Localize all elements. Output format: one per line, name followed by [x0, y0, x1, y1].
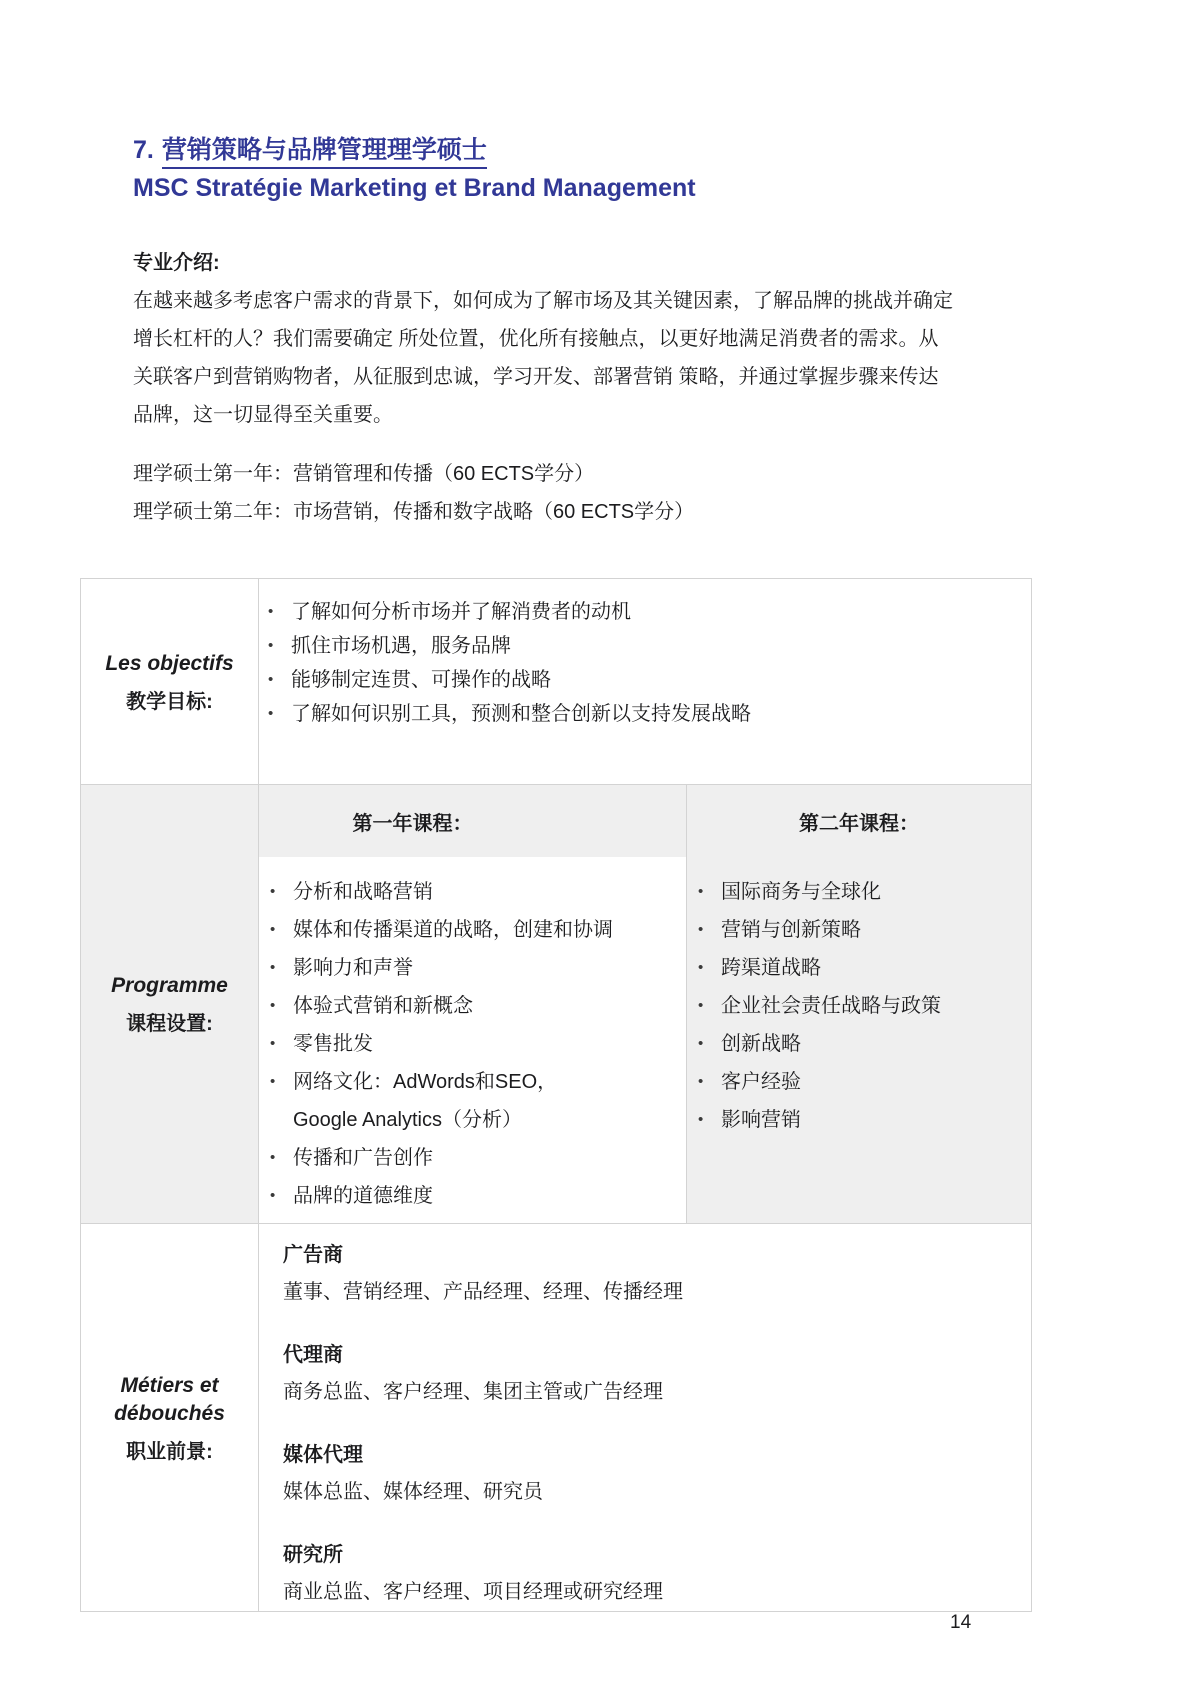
year1-course-item: 传播和广告创作 — [259, 1139, 686, 1177]
year2-course-list: 国际商务与全球化 营销与创新策略 跨渠道战略 企业社会责任战略与政策 创新战略 … — [687, 873, 1031, 1139]
career-group: 研究所 商业总监、客户经理、项目经理或研究经理 — [259, 1537, 1031, 1611]
objectives-label-zh: 教学目标: — [126, 685, 213, 714]
career-group-roles: 媒体总监、媒体经理、研究员 — [283, 1474, 1031, 1511]
programme-label-fr: Programme — [111, 972, 228, 1000]
career-group: 媒体代理 媒体总监、媒体经理、研究员 — [259, 1437, 1031, 1511]
year1-heading: 第一年课程： — [259, 785, 686, 857]
year2-course-item: 国际商务与全球化 — [687, 873, 1031, 911]
year1-course-item: 媒体和传播渠道的战略，创建和协调 — [259, 911, 686, 949]
year1-course-item: 分析和战略营销 — [259, 873, 686, 911]
career-group-roles: 商业总监、客户经理、项目经理或研究经理 — [283, 1574, 1031, 1611]
degree-line: 理学硕士第二年：市场营销，传播和数字战略（60 ECTS学分） — [133, 493, 694, 531]
objective-item: 了解如何分析市场并了解消费者的动机 — [259, 595, 1031, 629]
objectives-label-fr: Les objectifs — [105, 650, 233, 678]
career-group: 广告商 董事、营销经理、产品经理、经理、传播经理 — [259, 1237, 1031, 1311]
title-number: 7. — [133, 136, 154, 164]
year1-course-item: 零售批发 — [259, 1025, 686, 1063]
year2-course-item: 客户经验 — [687, 1063, 1031, 1101]
year1-column: 第一年课程： 分析和战略营销 媒体和传播渠道的战略，创建和协调 影响力和声誉 体… — [259, 785, 687, 1223]
year2-course-item: 企业社会责任战略与政策 — [687, 987, 1031, 1025]
career-group-title: 媒体代理 — [283, 1437, 1031, 1474]
career-group-roles: 商务总监、客户经理、集团主管或广告经理 — [283, 1374, 1031, 1411]
career-group-title: 代理商 — [283, 1337, 1031, 1374]
careers-label-zh: 职业前景: — [126, 1435, 213, 1464]
year2-course-item: 创新战略 — [687, 1025, 1031, 1063]
careers-label-fr-line2: débouchés — [114, 1400, 225, 1428]
careers-content-cell: 广告商 董事、营销经理、产品经理、经理、传播经理 代理商 商务总监、客户经理、集… — [259, 1224, 1031, 1611]
year1-course-item: 影响力和声誉 — [259, 949, 686, 987]
career-group-title: 广告商 — [283, 1237, 1031, 1274]
title-chinese: 营销策略与品牌管理理学硕士 — [162, 136, 487, 169]
objectives-list: 了解如何分析市场并了解消费者的动机 抓住市场机遇，服务品牌 能够制定连贯、可操作… — [259, 595, 1031, 731]
programme-label-zh: 课程设置: — [126, 1007, 213, 1036]
year1-course-item: 体验式营销和新概念 — [259, 987, 686, 1025]
careers-row: Métiers et débouchés 职业前景: 广告商 董事、营销经理、产… — [81, 1224, 1031, 1611]
year1-course-item: 品牌的道德维度 — [259, 1177, 686, 1215]
career-group-roles: 董事、营销经理、产品经理、经理、传播经理 — [283, 1274, 1031, 1311]
programme-label-cell: Programme 课程设置: — [81, 785, 259, 1223]
objective-item: 抓住市场机遇，服务品牌 — [259, 629, 1031, 663]
intro-paragraph: 在越来越多考虑客户需求的背景下，如何成为了解市场及其关键因素，了解品牌的挑战并确… — [133, 282, 1063, 434]
intro-heading: 专业介绍: — [133, 246, 220, 275]
intro-line: 在越来越多考虑客户需求的背景下，如何成为了解市场及其关键因素，了解品牌的挑战并确… — [133, 282, 1063, 320]
page-number: 14 — [950, 1612, 971, 1634]
programme-row: Programme 课程设置: 第一年课程： 分析和战略营销 媒体和传播渠道的战… — [81, 785, 1031, 1224]
programme-columns: 第一年课程： 分析和战略营销 媒体和传播渠道的战略，创建和协调 影响力和声誉 体… — [259, 785, 1031, 1223]
career-group-title: 研究所 — [283, 1537, 1031, 1574]
year1-course-list: 分析和战略营销 媒体和传播渠道的战略，创建和协调 影响力和声誉 体验式营销和新概… — [259, 873, 686, 1215]
year2-column: 第二年课程： 国际商务与全球化 营销与创新策略 跨渠道战略 企业社会责任战略与政… — [687, 785, 1031, 1223]
year2-course-item: 影响营销 — [687, 1101, 1031, 1139]
objectives-content-cell: 了解如何分析市场并了解消费者的动机 抓住市场机遇，服务品牌 能够制定连贯、可操作… — [259, 579, 1031, 784]
career-group: 代理商 商务总监、客户经理、集团主管或广告经理 — [259, 1337, 1031, 1411]
page-subtitle: MSC Stratégie Marketing et Brand Managem… — [133, 174, 696, 203]
year2-course-item: 跨渠道战略 — [687, 949, 1031, 987]
objectives-row: Les objectifs 教学目标: 了解如何分析市场并了解消费者的动机 抓住… — [81, 579, 1031, 785]
year1-course-item: 网络文化：AdWords和SEO， Google Analytics（分析） — [259, 1063, 686, 1139]
program-table: Les objectifs 教学目标: 了解如何分析市场并了解消费者的动机 抓住… — [80, 578, 1032, 1612]
intro-line: 品牌，这一切显得至关重要。 — [133, 396, 1063, 434]
objective-item: 了解如何识别工具，预测和整合创新以支持发展战略 — [259, 697, 1031, 731]
degree-summary: 理学硕士第一年：营销管理和传播（60 ECTS学分） 理学硕士第二年：市场营销，… — [133, 455, 694, 531]
year2-course-item: 营销与创新策略 — [687, 911, 1031, 949]
degree-line: 理学硕士第一年：营销管理和传播（60 ECTS学分） — [133, 455, 694, 493]
careers-label-cell: Métiers et débouchés 职业前景: — [81, 1224, 259, 1611]
careers-label-fr-line1: Métiers et — [120, 1372, 218, 1400]
document-page: 7.营销策略与品牌管理理学硕士 MSC Stratégie Marketing … — [0, 0, 1200, 1698]
year2-heading: 第二年课程： — [687, 785, 1031, 857]
intro-line: 关联客户到营销购物者，从征服到忠诚，学习开发、部署营销 策略，并通过掌握步骤来传… — [133, 358, 1063, 396]
page-title: 7.营销策略与品牌管理理学硕士 — [133, 130, 487, 166]
intro-line: 增长杠杆的人？我们需要确定 所处位置，优化所有接触点，以更好地满足消费者的需求。… — [133, 320, 1063, 358]
programme-content-cell: 第一年课程： 分析和战略营销 媒体和传播渠道的战略，创建和协调 影响力和声誉 体… — [259, 785, 1031, 1223]
objectives-label-cell: Les objectifs 教学目标: — [81, 579, 259, 784]
objective-item: 能够制定连贯、可操作的战略 — [259, 663, 1031, 697]
